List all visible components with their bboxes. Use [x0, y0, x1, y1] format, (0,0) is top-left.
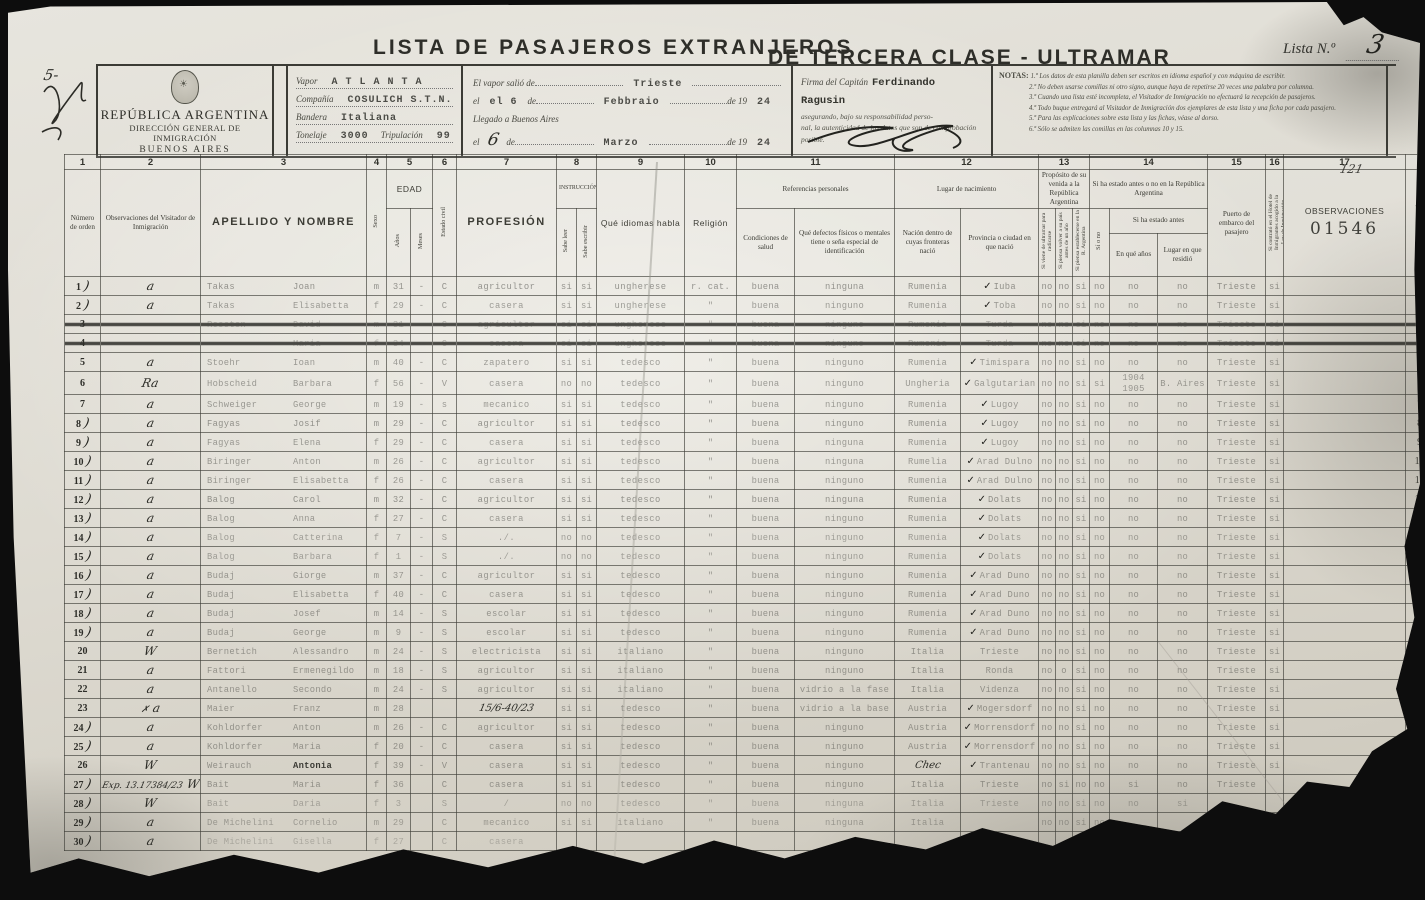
cell-name: FagyasJosif: [201, 414, 367, 433]
llegado-day-handwritten: 6: [485, 130, 500, 150]
cell-can-write: si: [577, 680, 597, 699]
cell-languages: italiano: [597, 813, 685, 832]
cell-which-years: no: [1110, 353, 1158, 372]
cell-defects: vidrio a la base: [795, 699, 895, 718]
header-can-read: Sabe leer: [557, 209, 577, 277]
cell-hotel-immigrants: si: [1266, 296, 1284, 315]
cell-languages: tedesco: [597, 775, 685, 794]
cell-purpose-1: no: [1039, 813, 1056, 832]
cell-languages: tedesco: [597, 353, 685, 372]
cell-name: De MicheliniCornelio: [201, 813, 367, 832]
cell-name: BalogAnna: [201, 509, 367, 528]
cell-observations: [1284, 334, 1406, 353]
cell-age-years: 39: [387, 756, 411, 775]
cell-profession: escolar: [457, 604, 557, 623]
cell-purpose-2: no: [1056, 277, 1073, 296]
cell-visitor-mark: a: [101, 353, 201, 372]
cell-can-read: si: [557, 813, 577, 832]
cell-embark-port: Trieste: [1208, 604, 1266, 623]
cell-embark-port: [1208, 813, 1266, 832]
cell-health: buena: [737, 699, 795, 718]
cell-which-years: no: [1110, 414, 1158, 433]
cell-birth-province: [961, 832, 1039, 851]
cell-can-write: si: [577, 433, 597, 452]
cell-residence-place: no: [1158, 490, 1208, 509]
cell-profession: agricultor: [457, 315, 557, 334]
cell-order-number-right: 1: [1406, 277, 1425, 296]
cell-residence-place: no: [1158, 775, 1208, 794]
cell-defects: ninguno: [795, 372, 895, 395]
cell-purpose-2: no: [1056, 699, 1073, 718]
colnum-11: 11: [737, 155, 895, 170]
cell-visitor-mark: a: [101, 566, 201, 585]
cell-civil-status: C: [433, 813, 457, 832]
cell-sex: m: [367, 642, 387, 661]
cell-which-years: no: [1110, 699, 1158, 718]
cell-name: KohldorferAnton: [201, 718, 367, 737]
cell-visitor-mark: W: [101, 642, 201, 661]
cell-civil-status: [433, 699, 457, 718]
cell-civil-status: C: [433, 334, 457, 353]
cell-order-number-right: 2: [1406, 296, 1425, 315]
cell-can-read: si: [557, 334, 577, 353]
cell-purpose-1: no: [1039, 296, 1056, 315]
cell-sex: m: [367, 353, 387, 372]
cell-birth-province: Turda: [961, 334, 1039, 353]
cell-order-number: 11): [65, 471, 101, 490]
passenger-table: 1 2 3 4 5 6 7 8 9 10 11 12 13 14 15 16 1…: [64, 154, 1425, 851]
header-can-write: Sabe escribir: [577, 209, 597, 277]
cell-purpose-3: si: [1073, 661, 1090, 680]
cell-observations: [1284, 353, 1406, 372]
cell-residence-place: B. Aires: [1158, 372, 1208, 395]
cell-purpose-2: no: [1056, 353, 1073, 372]
cell-purpose-1: no: [1039, 452, 1056, 471]
cell-purpose-3: si: [1073, 509, 1090, 528]
cell-can-read: si: [557, 509, 577, 528]
cell-age-years: 29: [387, 414, 411, 433]
cell-hotel-immigrants: si: [1266, 566, 1284, 585]
cell-hotel-immigrants: [1266, 794, 1284, 813]
cell-sex: f: [367, 433, 387, 452]
cell-order-number: 17): [65, 585, 101, 604]
header-order-number: Número de orden: [65, 170, 101, 277]
cell-embark-port: Trieste: [1208, 277, 1266, 296]
passenger-row: 6RaHobscheidBarbaraf56-Vcaseranonotedesc…: [65, 372, 1425, 395]
cell-observations: [1284, 471, 1406, 490]
bandera-value: Italiana: [341, 113, 397, 124]
cell-can-write: si: [577, 775, 597, 794]
passenger-row: 18)aBudajJosefm14-Sescolarsisitedesco"bu…: [65, 604, 1425, 623]
cell-name: FattoriErmenegildo: [201, 661, 367, 680]
cell-health: buena: [737, 414, 795, 433]
cell-birth-province: ✓Arad Duno: [961, 566, 1039, 585]
cell-health: buena: [737, 756, 795, 775]
cell-languages: tedesco: [597, 604, 685, 623]
cell-defects: ninguno: [795, 315, 895, 334]
header-personal-references-group: Referencias personales: [737, 170, 895, 209]
cell-been-before: no: [1090, 718, 1110, 737]
colnum-5: 5: [387, 155, 433, 170]
tonelaje-label: Tonelaje: [296, 130, 327, 140]
cell-age-years: 29: [387, 813, 411, 832]
passenger-row: 11)aBiringerElisabettaf26-Ccaserasisited…: [65, 471, 1425, 490]
cell-embark-port: Trieste: [1208, 353, 1266, 372]
cell-languages: tedesco: [597, 471, 685, 490]
cell-languages: tedesco: [597, 547, 685, 566]
compania-label: Compañía: [296, 94, 334, 104]
cell-name: BudajGeorge: [201, 623, 367, 642]
form-header-band: REPÚBLICA ARGENTINA DIRECCIÓN GENERAL DE…: [96, 64, 1396, 158]
header-defects: Qué defectos físicos o mentales tiene o …: [795, 209, 895, 277]
cell-profession: casera: [457, 372, 557, 395]
cell-purpose-2: no: [1056, 794, 1073, 813]
cell-profession: agricultor: [457, 718, 557, 737]
header-observations: OBSERVACIONES01546: [1284, 170, 1406, 277]
cell-languages: tedesco: [597, 528, 685, 547]
voyage-info-box: El vapor salió deTrieste elel 6deFebbrai…: [463, 66, 793, 156]
cell-can-read: si: [557, 414, 577, 433]
cell-birth-province: ✓Trantenau: [961, 756, 1039, 775]
cell-languages: tedesco: [597, 372, 685, 395]
cell-order-number: 18): [65, 604, 101, 623]
cell-birth-nation: Rumenia: [895, 414, 961, 433]
cell-religion: ": [685, 737, 737, 756]
cell-age-years: 24: [387, 680, 411, 699]
cell-residence-place: no: [1158, 661, 1208, 680]
cell-which-years: no: [1110, 604, 1158, 623]
cell-can-write: si: [577, 452, 597, 471]
cell-purpose-3: si: [1073, 490, 1090, 509]
cell-name: BernetichAlessandro: [201, 642, 367, 661]
cell-defects: ninguno: [795, 566, 895, 585]
cell-observations: [1284, 585, 1406, 604]
cell-purpose-3: si: [1073, 414, 1090, 433]
cell-birth-nation: Rumenia: [895, 509, 961, 528]
cell-been-before: no: [1090, 490, 1110, 509]
cell-age-years: 29: [387, 296, 411, 315]
cell-sex: m: [367, 813, 387, 832]
cell-age-years: 34: [387, 334, 411, 353]
cell-defects: ninguna: [795, 490, 895, 509]
cell-can-write: si: [577, 585, 597, 604]
cell-languages: tedesco: [597, 566, 685, 585]
header-residence-place: Lugar en que residió: [1158, 233, 1208, 276]
cell-order-number: 2): [65, 296, 101, 315]
cell-hotel-immigrants: si: [1266, 604, 1284, 623]
passenger-rows: 1)aTakasJoanm31-Cagricultorsisiungherese…: [65, 277, 1425, 851]
cell-languages: italiano: [597, 661, 685, 680]
colnum-1: 1: [65, 155, 101, 170]
cell-name: BudajJosef: [201, 604, 367, 623]
passenger-row: 30)aDe MicheliniGisellaf27Ccasera: [65, 832, 1425, 851]
cell-can-write: si: [577, 414, 597, 433]
cell-health: buena: [737, 623, 795, 642]
cell-civil-status: C: [433, 832, 457, 851]
cell-observations: [1284, 604, 1406, 623]
cell-name: FagyasElena: [201, 433, 367, 452]
header-hotel-immigrants: Si contrató en el Hotel de Inmigrantes a…: [1266, 170, 1284, 277]
lista-number-handwritten: 3: [1346, 30, 1405, 61]
cell-can-write: si: [577, 395, 597, 414]
cell-order-number: 22: [65, 680, 101, 699]
cell-profession: ./.: [457, 547, 557, 566]
cell-profession: casera: [457, 737, 557, 756]
cell-age-months: -: [411, 277, 433, 296]
cell-religion: ": [685, 566, 737, 585]
cell-name: BudajElisabetta: [201, 585, 367, 604]
cell-sex: m: [367, 315, 387, 334]
cell-defects: vidrio a la fase: [795, 680, 895, 699]
cell-order-number-right: 4: [1406, 334, 1425, 353]
cell-health: buena: [737, 296, 795, 315]
cell-sex: m: [367, 699, 387, 718]
cell-religion: ": [685, 471, 737, 490]
header-purpose-3: Si piensa establecerse en la R. Argentin…: [1073, 209, 1090, 277]
cell-can-read: no: [557, 794, 577, 813]
cell-order-number-right: 7: [1406, 395, 1425, 414]
cell-religion: ": [685, 395, 737, 414]
cell-which-years: no: [1110, 509, 1158, 528]
cell-profession: agricultor: [457, 414, 557, 433]
cell-residence-place: no: [1158, 296, 1208, 315]
cell-religion: ": [685, 433, 737, 452]
cell-age-years: 36: [387, 775, 411, 794]
cell-order-number-right: [1406, 775, 1425, 794]
cell-purpose-2: no: [1056, 585, 1073, 604]
cell-defects: ninguno: [795, 471, 895, 490]
cell-birth-nation: Italia: [895, 680, 961, 699]
cell-purpose-1: no: [1039, 566, 1056, 585]
passenger-row: 22aAntanelloSecondom24-Sagricultorsisiit…: [65, 680, 1425, 699]
cell-hotel-immigrants: si: [1266, 353, 1284, 372]
vapor-value: A T L A N T A: [332, 77, 423, 88]
cell-observations: [1284, 414, 1406, 433]
header-embark-port: Puerto de embarco del pasajero: [1208, 170, 1266, 277]
cell-health: buena: [737, 794, 795, 813]
cell-been-before: no: [1090, 296, 1110, 315]
cell-can-write: si: [577, 661, 597, 680]
cell-embark-port: Trieste: [1208, 452, 1266, 471]
cell-age-months: -: [411, 315, 433, 334]
cell-sex: m: [367, 566, 387, 585]
cell-health: buena: [737, 277, 795, 296]
cell-age-years: 28: [387, 699, 411, 718]
cell-order-number: 12): [65, 490, 101, 509]
cell-visitor-mark: a: [101, 471, 201, 490]
cell-defects: ninguno: [795, 775, 895, 794]
cell-hotel-immigrants: si: [1266, 547, 1284, 566]
cell-purpose-3: si: [1073, 718, 1090, 737]
cell-order-number-right: 22: [1406, 699, 1425, 718]
cell-age-years: 9: [387, 623, 411, 642]
cell-sex: f: [367, 794, 387, 813]
colnum-3: 3: [201, 155, 367, 170]
cell-purpose-3: si: [1073, 585, 1090, 604]
passenger-row: 5aStoehrIoanm40-Czapaterosisitedesco"bue…: [65, 353, 1425, 372]
serial-number-stamp: 01546: [1286, 219, 1403, 240]
cell-religion: ": [685, 296, 737, 315]
header-birthplace-group: Lugar de nacimiento: [895, 170, 1039, 209]
llegado-month: Marzo: [604, 138, 639, 149]
cell-age-years: 20: [387, 737, 411, 756]
cell-sex: f: [367, 296, 387, 315]
cell-health: buena: [737, 680, 795, 699]
cell-birth-nation: Austria: [895, 718, 961, 737]
cell-residence-place: no: [1158, 414, 1208, 433]
cell-hotel-immigrants: si: [1266, 471, 1284, 490]
cell-residence-place: no: [1158, 737, 1208, 756]
cell-profession: mecanico: [457, 395, 557, 414]
cell-purpose-1: no: [1039, 372, 1056, 395]
cell-order-number: 7: [65, 395, 101, 414]
cell-birth-province: ✓Dolats: [961, 547, 1039, 566]
cell-civil-status: S: [433, 623, 457, 642]
cell-purpose-2: no: [1056, 296, 1073, 315]
cell-profession: agricultor: [457, 452, 557, 471]
cell-residence-place: no: [1158, 623, 1208, 642]
cell-been-before: no: [1090, 509, 1110, 528]
cell-order-number: 20: [65, 642, 101, 661]
cell-embark-port: Trieste: [1208, 433, 1266, 452]
passenger-row: 16)aBudajGiorgem37-Cagricultorsisitedesc…: [65, 566, 1425, 585]
cell-religion: ": [685, 509, 737, 528]
cell-purpose-2: no: [1056, 756, 1073, 775]
cell-profession: agricultor: [457, 566, 557, 585]
cell-religion: ": [685, 585, 737, 604]
cell-visitor-mark: W: [101, 794, 201, 813]
cell-purpose-3: si: [1073, 296, 1090, 315]
tripulacion-value: 99: [437, 131, 451, 142]
cell-order-number-right: 24: [1406, 737, 1425, 756]
cell-health: buena: [737, 509, 795, 528]
cell-age-months: -: [411, 585, 433, 604]
cell-sex: m: [367, 277, 387, 296]
cell-which-years: no: [1110, 490, 1158, 509]
cell-been-before: no: [1090, 566, 1110, 585]
cell-profession: /: [457, 794, 557, 813]
cell-which-years: no: [1110, 794, 1158, 813]
cell-embark-port: Trieste: [1208, 471, 1266, 490]
cell-birth-province: Videnza: [961, 680, 1039, 699]
cell-profession: escolar: [457, 623, 557, 642]
cell-purpose-3: si: [1073, 642, 1090, 661]
cell-religion: r. cat.: [685, 277, 737, 296]
cell-purpose-3: si: [1073, 353, 1090, 372]
cell-order-number-right: 21: [1406, 680, 1425, 699]
cell-name: TakasJoan: [201, 277, 367, 296]
ship-info-box: VaporA T L A N T A CompañíaCOSULICH S.T.…: [288, 66, 463, 156]
cell-hotel-immigrants: si: [1266, 585, 1284, 604]
cell-civil-status: V: [433, 756, 457, 775]
cell-visitor-mark: a: [101, 509, 201, 528]
cell-embark-port: Trieste: [1208, 642, 1266, 661]
cell-order-number-right: 16: [1406, 566, 1425, 585]
cell-been-before: no: [1090, 813, 1110, 832]
passenger-row: 4Mariaf34-Ccaserasisiungherese"buenaning…: [65, 334, 1425, 353]
cell-order-number: 1): [65, 277, 101, 296]
cell-age-years: 19: [387, 395, 411, 414]
cell-profession: agricultor: [457, 680, 557, 699]
cell-defects: ninguno: [795, 585, 895, 604]
header-sex: Sexo: [367, 170, 387, 277]
cell-been-before: no: [1090, 353, 1110, 372]
cell-health: buena: [737, 528, 795, 547]
cell-embark-port: Trieste: [1208, 509, 1266, 528]
salio-year: 24: [757, 97, 771, 108]
cell-purpose-1: no: [1039, 604, 1056, 623]
cell-been-before: no: [1090, 775, 1110, 794]
cell-civil-status: S: [433, 661, 457, 680]
cell-residence-place: no: [1158, 509, 1208, 528]
cell-birth-nation: Rumenia: [895, 395, 961, 414]
cell-can-write: si: [577, 566, 597, 585]
cell-which-years: no: [1110, 642, 1158, 661]
cell-health: buena: [737, 718, 795, 737]
photographed-document-scene: 5- LISTA DE PASAJEROS EXTRANJEROS DE TER…: [0, 0, 1425, 900]
cell-purpose-1: no: [1039, 661, 1056, 680]
cell-health: buena: [737, 813, 795, 832]
cell-civil-status: S: [433, 680, 457, 699]
cell-name: WeirauchAntonia: [201, 756, 367, 775]
cell-been-before: no: [1090, 623, 1110, 642]
cell-purpose-2: no: [1056, 566, 1073, 585]
cell-name: Maria: [201, 334, 367, 353]
cell-observations: [1284, 699, 1406, 718]
cell-been-before: no: [1090, 756, 1110, 775]
cell-can-read: si: [557, 661, 577, 680]
header-purpose-2: Si piensa volver a su país antes de un a…: [1056, 209, 1073, 277]
cell-birth-nation: Rumenia: [895, 623, 961, 642]
cell-defects: ninguno: [795, 509, 895, 528]
cell-observations: [1284, 372, 1406, 395]
lista-number-field: Lista N.º3: [1283, 30, 1402, 61]
org-name: REPÚBLICA ARGENTINA: [98, 107, 272, 123]
cell-profession: electricista: [457, 642, 557, 661]
cell-can-write: si: [577, 642, 597, 661]
header-purpose-group: Propósito de su venida a la República Ar…: [1039, 170, 1090, 209]
cell-purpose-2: no: [1056, 414, 1073, 433]
passenger-row: 25)aKohldorferMariaf20-Ccaserasisitedesc…: [65, 737, 1425, 756]
cell-visitor-mark: a: [101, 547, 201, 566]
cell-sex: m: [367, 661, 387, 680]
passenger-row: 7aSchweigerGeorgem19-smecanicosisitedesc…: [65, 395, 1425, 414]
cell-purpose-1: no: [1039, 433, 1056, 452]
argentina-coat-of-arms-seal: [171, 70, 199, 104]
cell-defects: ninguno: [795, 718, 895, 737]
cell-which-years: si: [1110, 775, 1158, 794]
cell-residence-place: no: [1158, 547, 1208, 566]
cell-purpose-2: no: [1056, 604, 1073, 623]
cell-purpose-3: si: [1073, 794, 1090, 813]
cell-embark-port: Trieste: [1208, 334, 1266, 353]
cell-can-write: si: [577, 315, 597, 334]
cell-hotel-immigrants: si: [1266, 372, 1284, 395]
cell-embark-port: Trieste: [1208, 623, 1266, 642]
cell-which-years: no: [1110, 547, 1158, 566]
cell-purpose-1: no: [1039, 699, 1056, 718]
cell-can-read: no: [557, 372, 577, 395]
cell-civil-status: C: [433, 509, 457, 528]
colnum-2: 2: [101, 155, 201, 170]
header-order-number-right: Número de orden: [1406, 170, 1425, 277]
cell-civil-status: S: [433, 794, 457, 813]
cell-which-years: no: [1110, 566, 1158, 585]
cell-languages: ungherese: [597, 334, 685, 353]
issuing-authority-box: REPÚBLICA ARGENTINA DIRECCIÓN GENERAL DE…: [96, 66, 274, 156]
cell-visitor-mark: W: [101, 756, 201, 775]
cell-can-write: si: [577, 623, 597, 642]
